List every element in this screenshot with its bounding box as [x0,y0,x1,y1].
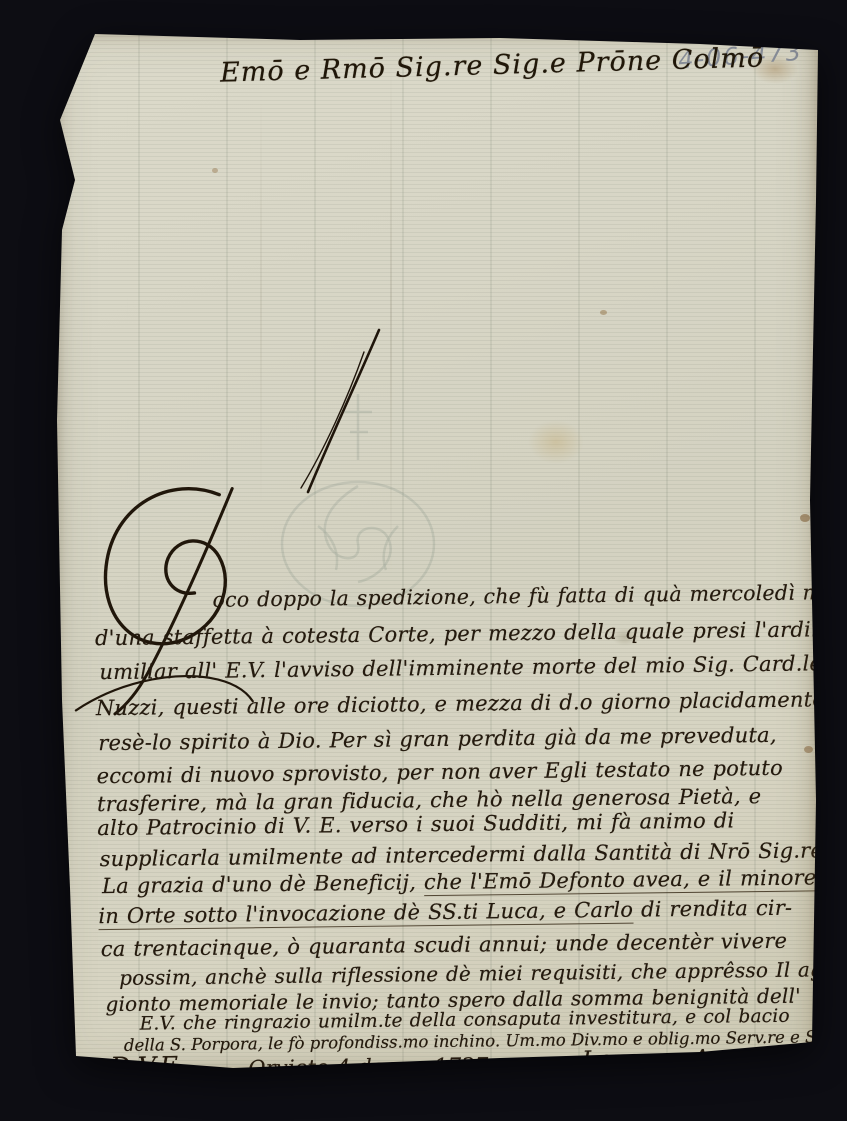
body-line-text: eccomi di nuovo sprovisto, per non aver … [97,756,783,788]
body-line: in Orte sotto l'invocazione dè SS.ti Luc… [98,896,792,928]
body-line: ca trentacinque, ò quaranta scudi annui;… [101,929,788,961]
body-line: La grazia d'uno dè Beneficij, che l'Emō … [102,865,817,898]
underlined-phrase: che l'Emō Defonto avea, e il minore [424,865,817,896]
letter-body: oco doppo la spedizione, che fù fatta di… [46,23,829,1082]
body-line-text: La grazia d'uno dè Beneficij, [102,870,424,898]
body-line-text: oco doppo la spedizione, che fù fatta di… [212,580,847,612]
manuscript-page: 4-06-473 Emō e Rmō Sig.re Sig.e Prōne Co… [52,28,822,1078]
body-line: resè-lo spirito à Dio. Per sì gran perdi… [98,723,777,755]
body-line-text: resè-lo spirito à Dio. Per sì gran perdi… [98,723,777,755]
signature: Lorenzo Ant.o Parisi [582,1044,841,1073]
place-date: Orvieto 4 dec.re 1727 — [248,1053,518,1080]
paper-sheet: 4-06-473 Emō e Rmō Sig.re Sig.e Prōne Co… [52,28,822,1078]
valediction: D.V.E. [110,1051,186,1081]
underlined-phrase: in Orte sotto l'invocazione dè SS.ti Luc… [98,898,633,931]
body-line: oco doppo la spedizione, che fù fatta di… [212,580,847,612]
body-line-text: di rendita cir- [633,896,792,922]
body-line: eccomi di nuovo sprovisto, per non aver … [97,756,783,788]
photograph-background: { "colors": { "background": "#0d0d13", "… [0,0,847,1121]
body-line-text: ca trentacinque, ò quaranta scudi annui;… [101,929,788,961]
